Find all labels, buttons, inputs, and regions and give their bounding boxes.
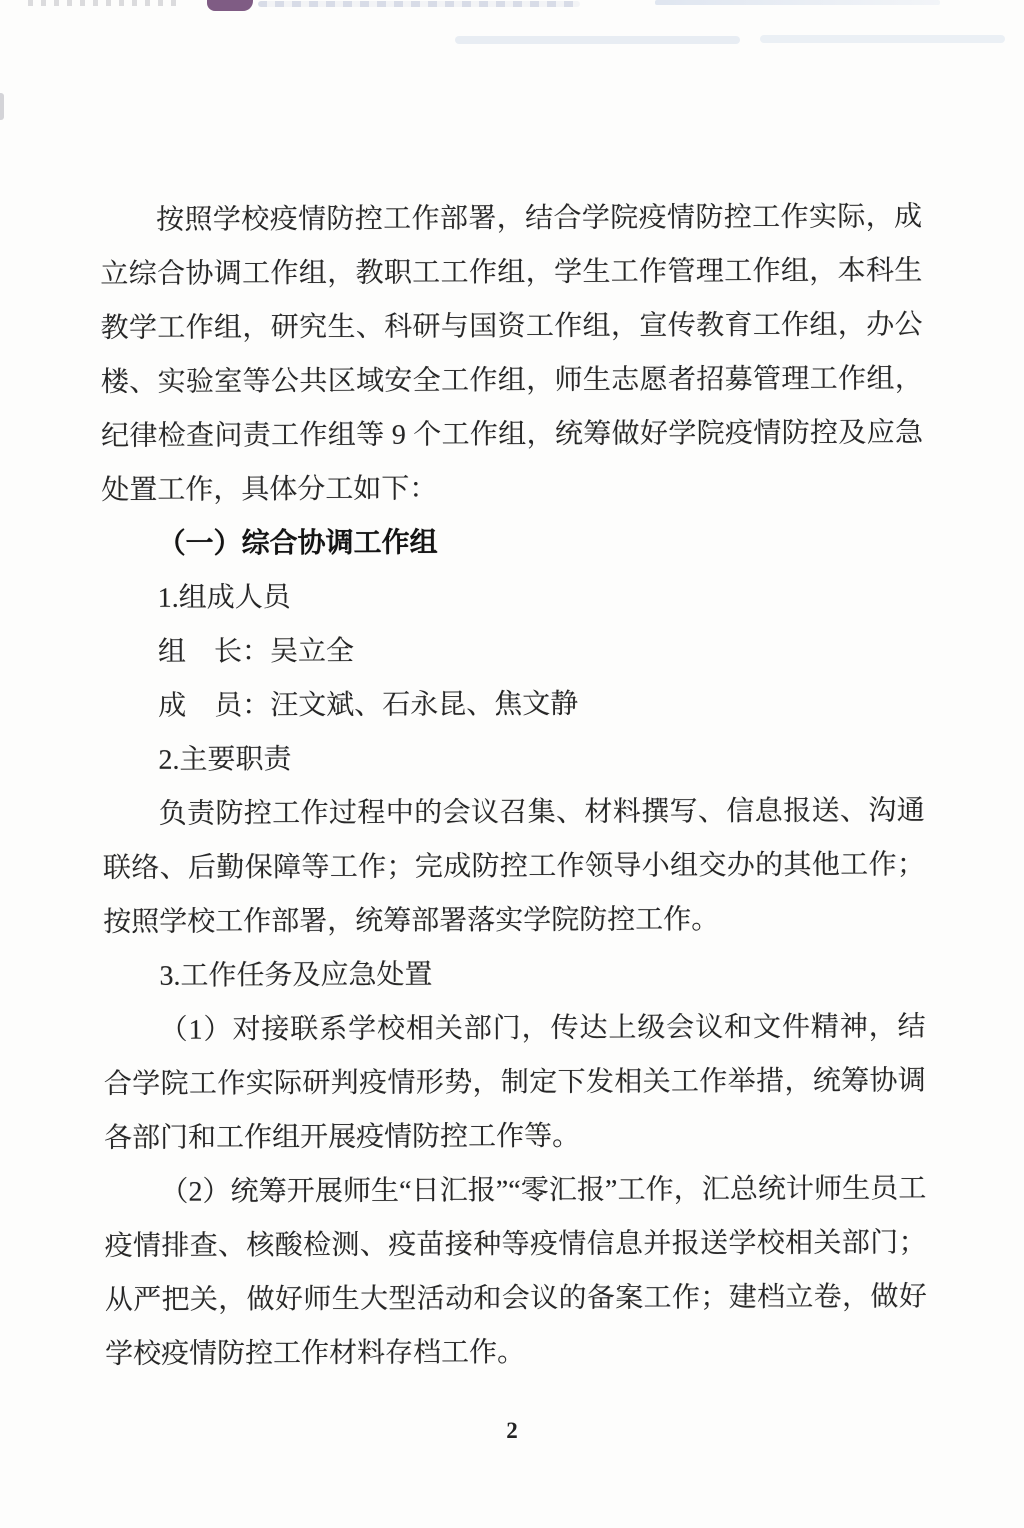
section-1-heading: （一）综合协调工作组	[101, 514, 923, 572]
members-line: 成 员：汪文斌、石永昆、焦文静	[102, 676, 924, 734]
document-page: 按照学校疫情防控工作部署，结合学院疫情防控工作实际，成立综合协调工作组，教职工工…	[0, 0, 1024, 1528]
item-3-title: 3.工作任务及应急处置	[103, 946, 925, 1004]
item-2-title: 2.主要职责	[102, 730, 924, 788]
scan-artifact-ink-blob	[207, 0, 253, 11]
scan-artifact-smudge	[455, 36, 740, 44]
scan-artifact-blue-line	[655, 0, 940, 5]
item-1-title: 1.组成人员	[102, 568, 924, 626]
item-2-body: 负责防控工作过程中的会议召集、材料撰写、信息报送、沟通联络、后勤保障等工作；完成…	[103, 784, 926, 950]
scan-artifact-dashes	[28, 0, 180, 6]
task-1-paragraph: （1）对接联系学校相关部门，传达上级会议和文件精神，结合学院工作实际研判疫情形势…	[104, 1000, 927, 1166]
scan-artifact-smudge	[760, 35, 1005, 43]
page-number: 2	[0, 1418, 1024, 1444]
intro-paragraph: 按照学校疫情防控工作部署，结合学院疫情防控工作实际，成立综合协调工作组，教职工工…	[100, 190, 923, 518]
document-body: 按照学校疫情防控工作部署，结合学院疫情防控工作实际，成立综合协调工作组，教职工工…	[100, 190, 927, 1382]
scan-artifact-script-bleed	[258, 1, 580, 7]
task-2-paragraph: （2）统筹开展师生“日汇报”“零汇报”工作，汇总统计师生员工疫情排查、核酸检测、…	[104, 1162, 927, 1382]
scan-artifact-edge-mark	[0, 93, 4, 120]
leader-line: 组 长：吴立全	[102, 622, 924, 680]
